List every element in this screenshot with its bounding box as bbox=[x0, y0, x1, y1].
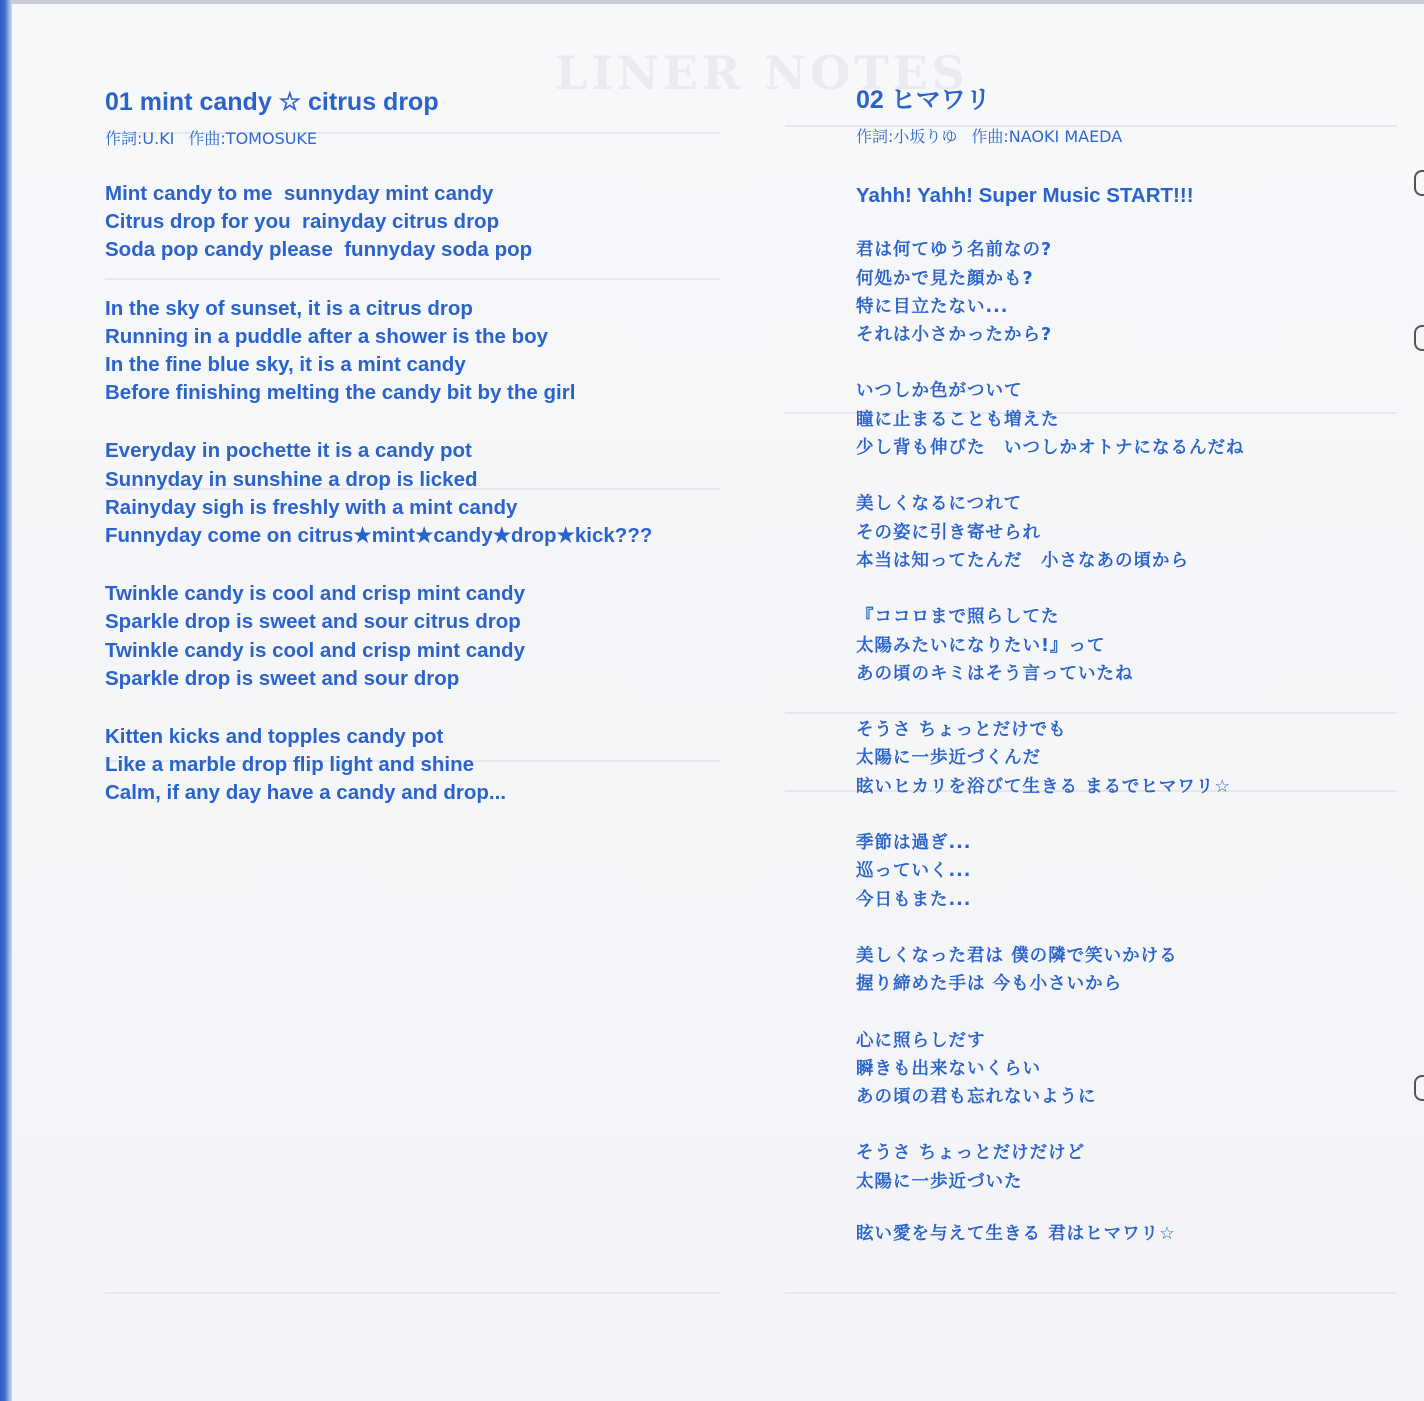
liner-notes-page: LINER NOTES 01 mint candy ☆ citrus drop … bbox=[0, 0, 1424, 1401]
lyric-line: Calm, if any day have a candy and drop..… bbox=[105, 779, 785, 807]
lyric-line: Yahh! Yahh! Super Music START!!! bbox=[856, 182, 1396, 210]
lyric-line: Funnyday come on citrus★mint★candy★drop★… bbox=[105, 522, 785, 550]
binding-ring-icon bbox=[1414, 1075, 1424, 1101]
lyric-line: 太陽に一歩近づくんだ bbox=[856, 744, 1396, 772]
lyric-line: In the sky of sunset, it is a citrus dro… bbox=[105, 295, 785, 323]
stanza: 心に照らしだす 瞬きも出来ないくらい あの頃の君も忘れないように bbox=[856, 1027, 1396, 1112]
lyric-line: Sparkle drop is sweet and sour drop bbox=[105, 665, 785, 693]
binding-ring-icon bbox=[1414, 170, 1424, 196]
stanza: Mint candy to me sunnyday mint candy Cit… bbox=[105, 180, 785, 265]
lyric-line: 握り締めた手は 今も小さいから bbox=[856, 970, 1396, 998]
stanza: In the sky of sunset, it is a citrus dro… bbox=[105, 295, 785, 408]
divider bbox=[785, 1292, 1397, 1294]
lyric-line: 心に照らしだす bbox=[856, 1027, 1396, 1055]
lyric-line: 眩いヒカリを浴びて生きる まるでヒマワリ☆ bbox=[856, 773, 1396, 801]
lyric-line: Rainyday sigh is freshly with a mint can… bbox=[105, 494, 785, 522]
lyric-line: あの頃のキミはそう言っていたね bbox=[856, 660, 1396, 688]
stanza: Everyday in pochette it is a candy pot S… bbox=[105, 437, 785, 550]
stanza: Kitten kicks and topples candy pot Like … bbox=[105, 723, 785, 808]
lyric-line: 特に目立たない... bbox=[856, 293, 1396, 321]
divider bbox=[105, 1292, 720, 1294]
stanza: 『ココロまで照らしてた 太陽みたいになりたい!』って あの頃のキミはそう言ってい… bbox=[856, 603, 1396, 688]
lyric-line: Sunnyday in sunshine a drop is licked bbox=[105, 466, 785, 494]
lyric-line: 『ココロまで照らしてた bbox=[856, 603, 1396, 631]
lyric-line: 巡っていく... bbox=[856, 857, 1396, 885]
song-title: 01 mint candy ☆ citrus drop bbox=[105, 86, 785, 118]
lyric-line: Twinkle candy is cool and crisp mint can… bbox=[105, 637, 785, 665]
lyric-line: あの頃の君も忘れないように bbox=[856, 1083, 1396, 1111]
lyric-line: 何処かで見た顔かも? bbox=[856, 265, 1396, 293]
lyric-line: Like a marble drop flip light and shine bbox=[105, 751, 785, 779]
lyric-line: 太陽みたいになりたい!』って bbox=[856, 632, 1396, 660]
lyric-line: Mint candy to me sunnyday mint candy bbox=[105, 180, 785, 208]
lyric-line: Twinkle candy is cool and crisp mint can… bbox=[105, 580, 785, 608]
scan-top-edge bbox=[0, 0, 1424, 4]
lyric-line: 瞳に止まることも増えた bbox=[856, 406, 1396, 434]
lyricist-credit: 作詞:U.KI bbox=[105, 129, 174, 148]
lyric-line: Kitten kicks and topples candy pot bbox=[105, 723, 785, 751]
stanza: Twinkle candy is cool and crisp mint can… bbox=[105, 580, 785, 693]
lyric-line: Everyday in pochette it is a candy pot bbox=[105, 437, 785, 465]
lyric-line: Soda pop candy please funnyday soda pop bbox=[105, 236, 785, 264]
song-02-lyrics: 02 ヒマワリ 作詞:小坂りゆ作曲:NAOKI MAEDA Yahh! Yahh… bbox=[856, 84, 1396, 1248]
lyric-line: 季節は過ぎ... bbox=[856, 829, 1396, 857]
stanza: そうさ ちょっとだけでも 太陽に一歩近づくんだ 眩いヒカリを浴びて生きる まるで… bbox=[856, 716, 1396, 801]
binding-ring-icon bbox=[1414, 325, 1424, 351]
lyric-line: 瞬きも出来ないくらい bbox=[856, 1055, 1396, 1083]
lyric-line: 太陽に一歩近づいた bbox=[856, 1168, 1396, 1196]
lyric-line: 美しくなるにつれて bbox=[856, 490, 1396, 518]
lyric-line: Citrus drop for you rainyday citrus drop bbox=[105, 208, 785, 236]
stanza: そうさ ちょっとだけだけど 太陽に一歩近づいた bbox=[856, 1139, 1396, 1196]
lyric-line: Running in a puddle after a shower is th… bbox=[105, 323, 785, 351]
lyric-line: In the fine blue sky, it is a mint candy bbox=[105, 351, 785, 379]
stanza: 眩い愛を与えて生きる 君はヒマワリ☆ bbox=[856, 1220, 1396, 1248]
song-credits: 作詞:U.KI作曲:TOMOSUKE bbox=[105, 128, 785, 150]
lyric-line: 本当は知ってたんだ 小さなあの頃から bbox=[856, 547, 1396, 575]
lyricist-credit: 作詞:小坂りゆ bbox=[856, 127, 957, 146]
lyric-line: 今日もまた... bbox=[856, 886, 1396, 914]
lyric-line: そうさ ちょっとだけだけど bbox=[856, 1139, 1396, 1167]
composer-credit: 作曲:NAOKI MAEDA bbox=[971, 127, 1122, 146]
lyric-line: いつしか色がついて bbox=[856, 377, 1396, 405]
composer-credit: 作曲:TOMOSUKE bbox=[188, 129, 317, 148]
lyric-line: それは小さかったから? bbox=[856, 321, 1396, 349]
lyric-line: 少し背も伸びた いつしかオトナになるんだね bbox=[856, 434, 1396, 462]
lyric-line: 美しくなった君は 僕の隣で笑いかける bbox=[856, 942, 1396, 970]
stanza: Yahh! Yahh! Super Music START!!! bbox=[856, 182, 1396, 210]
stanza: 美しくなった君は 僕の隣で笑いかける 握り締めた手は 今も小さいから bbox=[856, 942, 1396, 999]
lyric-line: Before finishing melting the candy bit b… bbox=[105, 379, 785, 407]
lyric-line: 眩い愛を与えて生きる 君はヒマワリ☆ bbox=[856, 1220, 1396, 1248]
song-01-lyrics: 01 mint candy ☆ citrus drop 作詞:U.KI作曲:TO… bbox=[105, 86, 785, 808]
song-credits: 作詞:小坂りゆ作曲:NAOKI MAEDA bbox=[856, 126, 1396, 148]
stanza: 君は何てゆう名前なの? 何処かで見た顔かも? 特に目立たない... それは小さか… bbox=[856, 236, 1396, 349]
booklet-spine-edge bbox=[0, 0, 12, 1401]
stanza: いつしか色がついて 瞳に止まることも増えた 少し背も伸びた いつしかオトナになる… bbox=[856, 377, 1396, 462]
lyric-line: 君は何てゆう名前なの? bbox=[856, 236, 1396, 264]
stanza: 季節は過ぎ... 巡っていく... 今日もまた... bbox=[856, 829, 1396, 914]
lyric-line: Sparkle drop is sweet and sour citrus dr… bbox=[105, 608, 785, 636]
song-title: 02 ヒマワリ bbox=[856, 84, 1396, 116]
lyric-line: その姿に引き寄せられ bbox=[856, 519, 1396, 547]
lyric-line: そうさ ちょっとだけでも bbox=[856, 716, 1396, 744]
stanza: 美しくなるにつれて その姿に引き寄せられ 本当は知ってたんだ 小さなあの頃から bbox=[856, 490, 1396, 575]
